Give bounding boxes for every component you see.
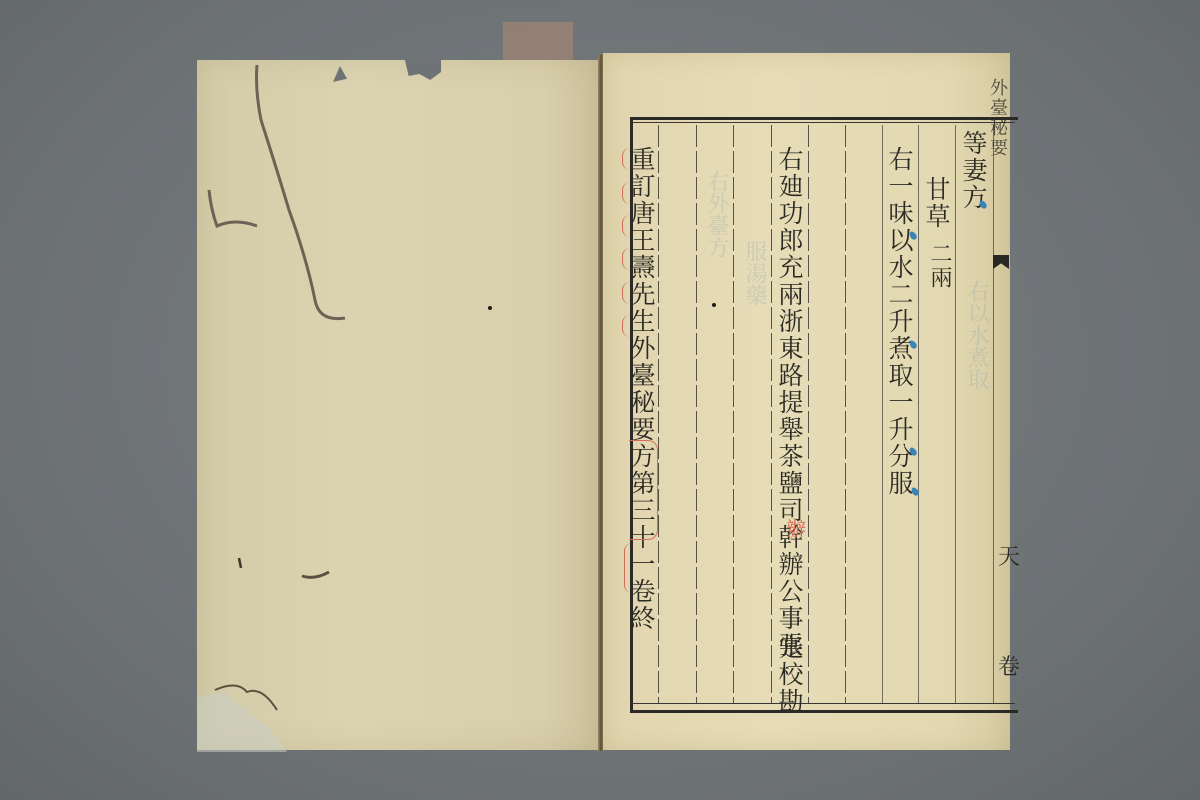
column-rule [733,125,734,703]
column-colophon: 右廸功郎充兩浙東路提舉茶鹽司幹辦公事張 [774,146,806,659]
red-mark [624,543,635,593]
frame-line [630,122,1015,123]
column-rule [808,125,809,703]
worm-track-icon [197,60,602,750]
edge-mark: 卷 [998,650,1020,681]
bleed-through-text: 右以水煮取 [960,280,992,390]
column-rule [918,125,919,703]
worm-hole [488,306,492,310]
fold-edge-title: 外臺秘要 [994,78,1012,158]
red-mark [622,182,631,204]
red-mark [622,248,631,270]
worm-hole [712,303,716,307]
bleed-through-text: 服湯藥 [738,240,770,306]
red-mark [622,282,631,304]
ingredient-dosage: 二兩 [924,242,956,290]
column-rule [696,125,697,703]
book-spread: 右外臺方 服湯藥 右以水煮取 重訂唐王燾先生外臺秘要方第三十一卷終 右廸功郎充兩… [0,0,1200,800]
column-rule [993,125,994,703]
edge-mark: 天 [998,540,1020,571]
column-rule [955,125,956,703]
left-page [197,60,602,750]
red-correction: 辦 [786,513,806,542]
red-bracket [629,440,658,540]
red-mark [622,215,631,237]
red-mark [622,315,631,337]
red-mark [622,148,631,170]
column-rule [845,125,846,703]
column-instruction: 右一味以水二升煮取一升分服 [884,146,916,497]
frame-line [630,703,1015,704]
column-rule [658,125,659,703]
bleed-through-text: 右外臺方 [700,170,732,258]
column-rule [771,125,772,703]
column-ingredient: 甘草 [921,176,953,230]
column-colophon-tail: 寔校勘 [774,634,806,715]
